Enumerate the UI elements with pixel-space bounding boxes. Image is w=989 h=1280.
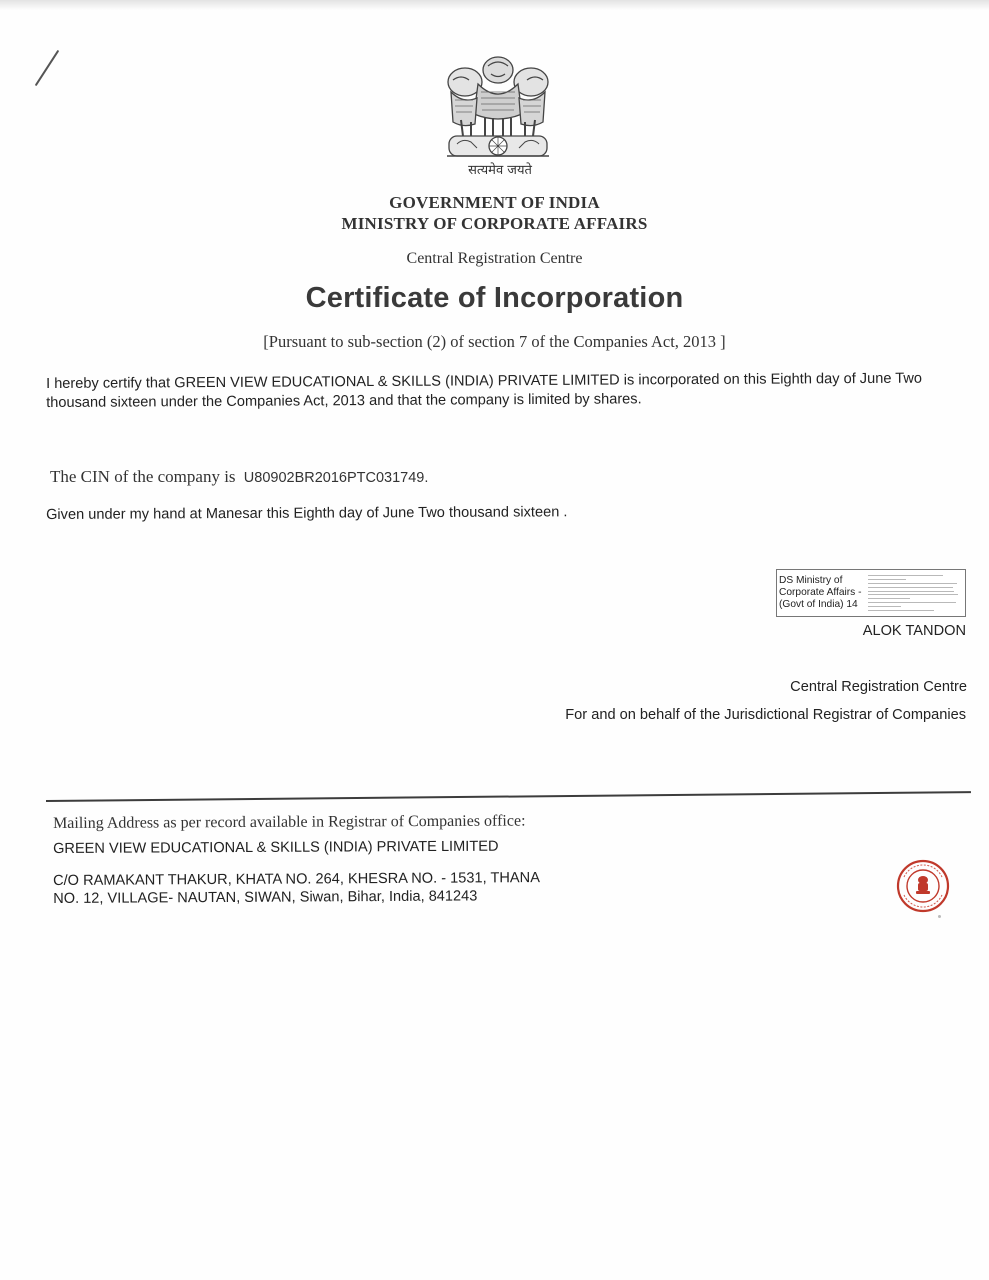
ds-line: Corporate Affairs - — [779, 587, 865, 599]
on-behalf-statement: For and on behalf of the Jurisdictional … — [565, 707, 966, 723]
speck — [938, 915, 941, 918]
pursuant-clause: [Pursuant to sub-section (2) of section … — [0, 332, 989, 352]
ds-line: (Govt of India) 14 — [779, 599, 865, 611]
certificate-title: Certificate of Incorporation — [0, 282, 989, 315]
mailing-address: C/O RAMAKANT THAKUR, KHATA NO. 264, KHES… — [53, 869, 540, 908]
section-divider — [46, 791, 971, 802]
ds-line: DS Ministry of — [779, 575, 865, 587]
cin-value: U80902BR2016PTC031749. — [244, 470, 429, 486]
scan-shadow — [0, 0, 989, 10]
ministry-seal-icon — [896, 859, 950, 913]
government-heading: GOVERNMENT OF INDIA — [0, 192, 989, 213]
mailing-company-name: GREEN VIEW EDUCATIONAL & SKILLS (INDIA) … — [53, 839, 499, 857]
digital-signature-name: DS Ministry of Corporate Affairs - (Govt… — [777, 570, 865, 616]
issuing-authority: GOVERNMENT OF INDIA MINISTRY OF CORPORAT… — [0, 192, 989, 234]
given-under-statement: Given under my hand at Manesar this Eigh… — [46, 504, 567, 523]
registration-centre: Central Registration Centre — [0, 250, 989, 268]
national-motto: सत्यमेव जयते — [415, 160, 585, 178]
cin-statement: The CIN of the company is U80902BR2016PT… — [50, 467, 428, 487]
certificate-page: सत्यमेव जयते GOVERNMENT OF INDIA MINISTR… — [0, 0, 989, 1280]
address-line: NO. 12, VILLAGE- NAUTAN, SIWAN, Siwan, B… — [53, 887, 540, 908]
ministry-heading: MINISTRY OF CORPORATE AFFAIRS — [0, 213, 989, 234]
digital-signature-details — [865, 570, 965, 616]
signer-name: ALOK TANDON — [863, 623, 966, 639]
certification-paragraph: I hereby certify that GREEN VIEW EDUCATI… — [46, 369, 971, 413]
cin-label: The CIN of the company is — [50, 467, 236, 486]
signer-centre: Central Registration Centre — [790, 679, 967, 695]
mailing-address-label: Mailing Address as per record available … — [53, 813, 526, 833]
digital-signature-box: DS Ministry of Corporate Affairs - (Govt… — [776, 569, 966, 617]
pen-mark — [35, 50, 60, 86]
